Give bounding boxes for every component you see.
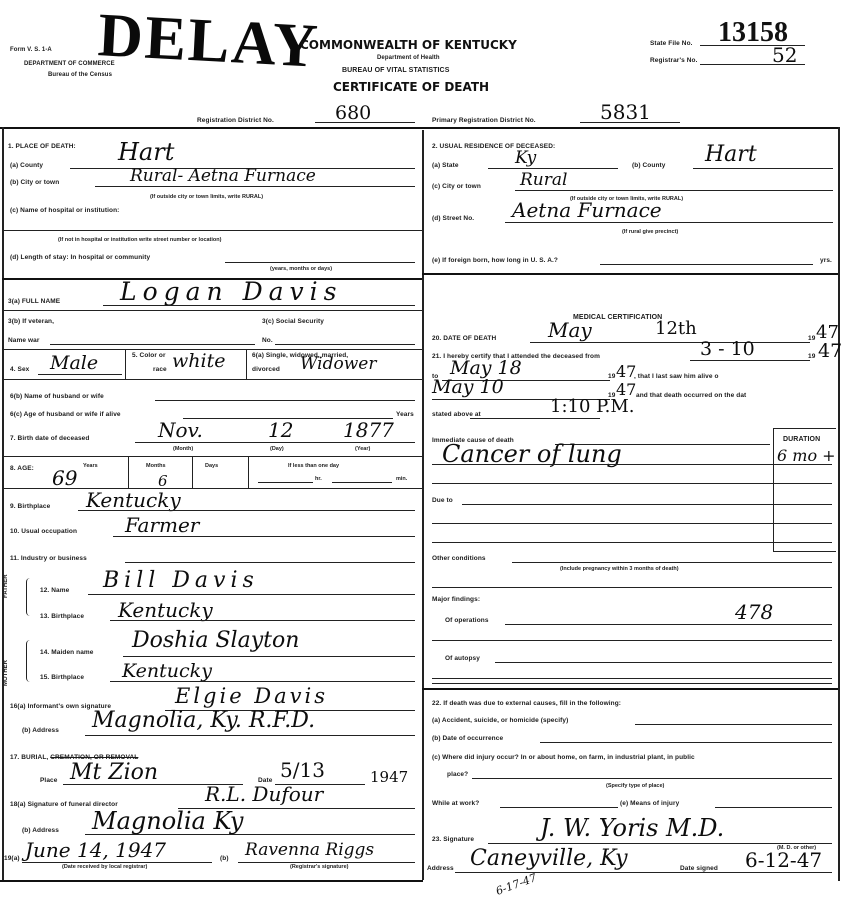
city-value: Rural- Aetna Furnace	[130, 166, 316, 186]
burial-date-value: 5/13	[280, 758, 325, 782]
informant-address-value: Magnolia, Ky. R.F.D.	[92, 708, 315, 733]
primary-reg-district-value: 5831	[600, 100, 651, 124]
father-birthplace-label: 13. Birthplace	[40, 613, 84, 620]
occupation-label: 10. Usual occupation	[10, 528, 77, 535]
res-city-value: Rural	[520, 170, 567, 190]
address-label: Address	[427, 865, 454, 872]
age-days-label: Days	[205, 463, 218, 469]
time-value: 1:10 P.M.	[550, 396, 634, 417]
age-months-label: Months	[146, 463, 166, 469]
father-birthplace-value: Kentucky	[118, 598, 213, 622]
stay-note: (years, months or days)	[270, 266, 332, 272]
less-day-label: If less than one day	[288, 463, 339, 469]
father-name-value: Bill Davis	[103, 568, 259, 593]
delay-stamp: DELAY	[96, 0, 321, 82]
due-to-label: Due to	[432, 497, 453, 504]
informant-address-label: (b) Address	[22, 727, 59, 734]
attended-from-year: 47	[818, 340, 842, 362]
bureau-census: Bureau of the Census	[48, 72, 112, 78]
residence-heading: 2. USUAL RESIDENCE OF DECEASED:	[432, 143, 555, 150]
full-name-value: Logan Davis	[120, 277, 343, 306]
other-conditions-label: Other conditions	[432, 555, 486, 562]
registrar-num: (b)	[220, 855, 229, 862]
age-label: 8. AGE:	[10, 465, 34, 472]
occupation-value: Farmer	[125, 513, 199, 537]
month-caption: (Month)	[173, 446, 193, 452]
commonwealth-title: COMMONWEALTH OF KENTUCKY	[300, 38, 517, 52]
informant-signature-value: Elgie Davis	[175, 684, 328, 708]
stay-label: (d) Length of stay: In hospital or commu…	[10, 254, 150, 261]
res-state-value: Ky	[515, 148, 536, 168]
res-city-label: (c) City or town	[432, 183, 481, 190]
mother-side-label: MOTHER	[3, 660, 9, 686]
date-death-day: 12th	[655, 318, 697, 339]
birth-label: 7. Birth date of deceased	[10, 435, 89, 442]
accident-label: (a) Accident, suicide, or homicide (spec…	[432, 717, 568, 724]
last-saw-label: , that I last saw him alive o	[634, 373, 719, 380]
attended-from-value: 3 - 10	[700, 338, 755, 360]
birthplace-value: Kentucky	[86, 488, 181, 512]
signature-label: 23. Signature	[432, 836, 474, 843]
autopsy-label: Of autopsy	[445, 655, 480, 662]
marital-value: Widower	[300, 354, 376, 374]
registrar-caption: (Registrar's signature)	[290, 864, 348, 870]
stamp-note: 6-17-47	[494, 871, 538, 898]
burial-heading-text: 17. BURIAL,	[10, 754, 48, 761]
min-label: min.	[396, 476, 407, 482]
date-death-year-prefix: 19	[808, 335, 815, 342]
place-note: (Specify type of place)	[606, 783, 664, 789]
reg-district-label: Registration District No.	[197, 117, 274, 124]
mother-maiden-label: 14. Maiden name	[40, 649, 94, 656]
burial-place-value: Mt Zion	[70, 760, 158, 785]
director-value: R.L. Dufour	[205, 782, 323, 806]
duration-value: 6 mo +	[777, 446, 836, 465]
means-label: (e) Means of injury	[620, 800, 679, 807]
color-value: white	[172, 350, 225, 372]
operations-value: 478	[735, 600, 773, 624]
certificate-title: CERTIFICATE OF DEATH	[333, 80, 489, 94]
place-of-death-heading: 1. PLACE OF DEATH:	[8, 143, 76, 150]
county-label: (a) County	[10, 162, 43, 169]
duration-label: DURATION	[783, 436, 820, 443]
res-street-label: (d) Street No.	[432, 215, 474, 222]
major-findings-label: Major findings:	[432, 596, 480, 603]
reg-district-value: 680	[335, 102, 371, 124]
birth-month: Nov.	[158, 418, 203, 442]
foreign-label: (e) If foreign born, how long in U. S. A…	[432, 257, 558, 264]
res-street-note: (If rural give precinct)	[622, 229, 678, 235]
color-label-2: race	[153, 366, 167, 373]
place-label: place?	[447, 771, 468, 778]
sex-label: 4. Sex	[10, 366, 29, 373]
sex-value: Male	[50, 352, 98, 374]
day-caption: (Day)	[270, 446, 284, 452]
mother-maiden-value: Doshia Slayton	[132, 628, 299, 653]
hr-label: hr.	[315, 476, 322, 482]
director-address-value: Magnolia Ky	[92, 807, 243, 835]
hospital-label: (c) Name of hospital or institution:	[10, 207, 119, 214]
year-caption: (Year)	[355, 446, 370, 452]
father-name-label: 12. Name	[40, 587, 69, 594]
full-name-label: 3(a) FULL NAME	[8, 298, 60, 305]
birth-year: 1877	[343, 418, 394, 442]
burial-year-value: 1947	[370, 768, 408, 786]
res-county-value: Hart	[705, 142, 757, 167]
hospital-note: (If not in hospital or institution write…	[58, 237, 221, 243]
registrar-no-label: Registrar's No.	[650, 57, 697, 64]
address-value: Caneyville, Ky	[470, 846, 628, 871]
occurrence-label: (b) Date of occurrence	[432, 735, 503, 742]
age-years-value: 69	[52, 466, 77, 490]
primary-reg-district-label: Primary Registration District No.	[432, 117, 536, 124]
res-county-label: (b) County	[632, 162, 666, 169]
ssn-label: 3(c) Social Security	[262, 318, 324, 325]
age-years-label: Years	[83, 463, 98, 469]
res-state-label: (a) State	[432, 162, 459, 169]
marital-label-2: divorced	[252, 366, 280, 373]
received-caption: (Date received by local registrar)	[62, 864, 147, 870]
last-saw-value: May 10	[432, 376, 504, 398]
state-file-label: State File No.	[650, 40, 693, 47]
industry-label: 11. Industry or business	[10, 555, 87, 562]
death-occurred-label: and that death occurred on the dat	[636, 392, 746, 399]
mother-birthplace-value: Kentucky	[122, 660, 212, 682]
signature-value: J. W. Yoris M.D.	[540, 814, 724, 842]
city-note: (If outside city or town limits, write R…	[150, 194, 263, 200]
dept-health: Department of Health	[377, 55, 440, 61]
where-label: (c) Where did injury occur? In or about …	[432, 754, 695, 761]
mother-birthplace-label: 15. Birthplace	[40, 674, 84, 681]
name-war-label: Name war	[8, 337, 40, 344]
date-signed-value: 6-12-47	[745, 848, 822, 872]
veteran-label: 3(b) If veteran,	[8, 318, 54, 325]
color-label-1: 5. Color or	[132, 352, 166, 359]
ssn-no-label: No.	[262, 337, 273, 344]
spouse-name-label: 6(b) Name of husband or wife	[10, 393, 104, 400]
spouse-age-label: 6(c) Age of husband or wife if alive	[10, 411, 121, 418]
date-death-month: May	[548, 318, 592, 342]
attended-to-year-prefix: 19	[608, 373, 615, 380]
director-address-label: (b) Address	[22, 827, 59, 834]
date-signed-label: Date signed	[680, 865, 718, 872]
foreign-suffix: yrs.	[820, 257, 832, 264]
birthplace-label: 9. Birthplace	[10, 503, 50, 510]
res-street-value: Aetna Furnace	[512, 198, 662, 222]
operations-label: Of operations	[445, 617, 489, 624]
received-value: June 14, 1947	[25, 838, 166, 862]
city-label: (b) City or town	[10, 179, 59, 186]
date-death-label: 20. DATE OF DEATH	[432, 335, 496, 342]
burial-place-label: Place	[40, 777, 58, 784]
spouse-age-suffix: Years	[396, 411, 414, 418]
received-num: 19(a)	[4, 855, 20, 862]
attended-from-year-prefix: 19	[808, 353, 815, 360]
father-side-label: FATHER	[3, 574, 9, 598]
form-number: Form V. S. 1-A	[10, 47, 52, 53]
external-heading: 22. If death was due to external causes,…	[432, 700, 621, 707]
registrar-signature-value: Ravenna Riggs	[245, 840, 374, 860]
at-work-label: While at work?	[432, 800, 479, 807]
other-conditions-note: (Include pregnancy within 3 months of de…	[560, 566, 679, 572]
birth-day: 12	[268, 418, 293, 442]
county-value: Hart	[118, 138, 174, 166]
stated-above-label: stated above at	[432, 411, 481, 418]
bureau-vital: BUREAU OF VITAL STATISTICS	[342, 67, 449, 74]
